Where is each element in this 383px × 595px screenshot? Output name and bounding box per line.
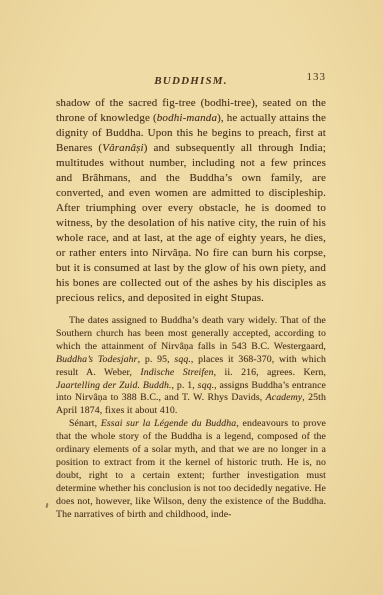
text-block: BUDDHISM. 133 shadow of the sacred fig-t… <box>56 71 326 522</box>
notes-section: The dates assigned to Buddha’s death var… <box>56 315 326 522</box>
book-page: BUDDHISM. 133 shadow of the sacred fig-t… <box>0 0 383 595</box>
running-header-title: BUDDHISM. <box>154 75 227 87</box>
paper-speck <box>46 503 49 508</box>
note-paragraph-dates: The dates assigned to Buddha’s death var… <box>56 315 326 418</box>
main-paragraph: shadow of the sacred fig-tree (bodhi-tre… <box>56 96 326 306</box>
page-number: 133 <box>307 71 327 83</box>
note-paragraph-senart: Sénart, Essai sur la Légende du Buddha, … <box>56 418 326 521</box>
running-header: BUDDHISM. 133 <box>56 71 326 85</box>
